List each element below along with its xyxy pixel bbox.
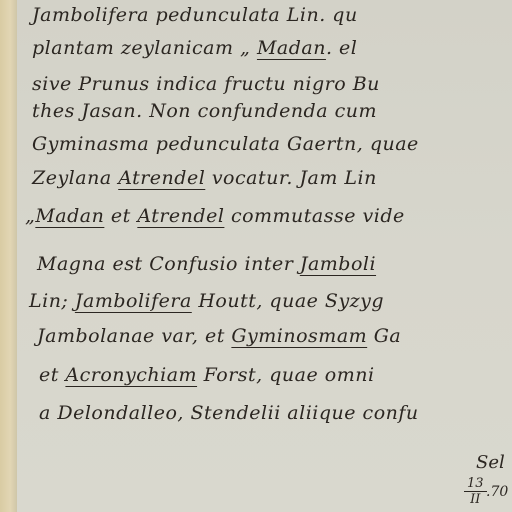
text-segment: Jambolanae var, et <box>37 325 231 347</box>
date-denominator: II <box>464 492 487 507</box>
text-segment: Jambolifera pedunculata Lin. qu <box>32 4 358 26</box>
manuscript-line: plantam zeylanicam „ Madan. el <box>32 37 357 59</box>
manuscript-line: Jambolifera pedunculata Lin. qu <box>32 4 358 26</box>
underlined-term: Madan <box>257 37 326 59</box>
manuscript-line: Zeylana Atrendel vocatur. Jam Lin <box>32 167 377 189</box>
text-segment: thes Jasan. Non confundenda cum <box>32 100 377 122</box>
text-segment: vocatur. Jam Lin <box>205 167 377 189</box>
text-segment: commutasse vide <box>224 205 404 227</box>
manuscript-line: Lin; Jambolifera Houtt, quae Syzyg <box>29 290 384 312</box>
text-segment: Zeylana <box>32 167 118 189</box>
text-segment: Forst, quae omni <box>197 364 374 386</box>
text-segment: „ <box>25 205 35 227</box>
underlined-term: Jamboli <box>300 253 376 275</box>
page-edge <box>0 0 17 512</box>
text-segment: et <box>104 205 137 227</box>
text-segment: Magna est Confusio inter <box>37 253 300 275</box>
text-segment: a Delondalleo, Stendelii aliique confu <box>39 402 419 424</box>
underlined-term: Atrendel <box>118 167 205 189</box>
text-segment: plantam zeylanicam „ <box>32 37 257 59</box>
underlined-term: Jambolifera <box>75 290 192 312</box>
text-segment: sive Prunus indica fructu nigro Bu <box>32 73 380 95</box>
text-segment: Ga <box>367 325 401 347</box>
manuscript-line: sive Prunus indica fructu nigro Bu <box>32 73 380 95</box>
text-segment: Gyminasma pedunculata Gaertn, quae <box>32 133 419 155</box>
manuscript-line: Magna est Confusio inter Jamboli <box>37 253 376 275</box>
underlined-term: Gyminosmam <box>231 325 367 347</box>
text-segment: . el <box>326 37 357 59</box>
text-segment: Lin; <box>29 290 75 312</box>
date-fraction: 13 II <box>464 476 487 507</box>
underlined-term: Madan <box>35 205 104 227</box>
manuscript-line: a Delondalleo, Stendelii aliique confu <box>39 402 419 424</box>
manuscript-page: Jambolifera pedunculata Lin. quplantam z… <box>17 0 512 512</box>
text-segment: Houtt, quae Syzyg <box>192 290 384 312</box>
manuscript-line: thes Jasan. Non confundenda cum <box>32 100 377 122</box>
text-segment: et <box>39 364 65 386</box>
manuscript-line: Gyminasma pedunculata Gaertn, quae <box>32 133 419 155</box>
manuscript-line: „Madan et Atrendel commutasse vide <box>25 205 405 227</box>
manuscript-line: Jambolanae var, et Gyminosmam Ga <box>37 325 401 347</box>
underlined-term: Acronychiam <box>65 364 197 386</box>
underlined-term: Atrendel <box>137 205 224 227</box>
signature: Sel <box>476 452 505 473</box>
date-numerator: 13 <box>464 476 487 492</box>
date-suffix: .70 <box>486 484 508 500</box>
manuscript-line: et Acronychiam Forst, quae omni <box>39 364 375 386</box>
